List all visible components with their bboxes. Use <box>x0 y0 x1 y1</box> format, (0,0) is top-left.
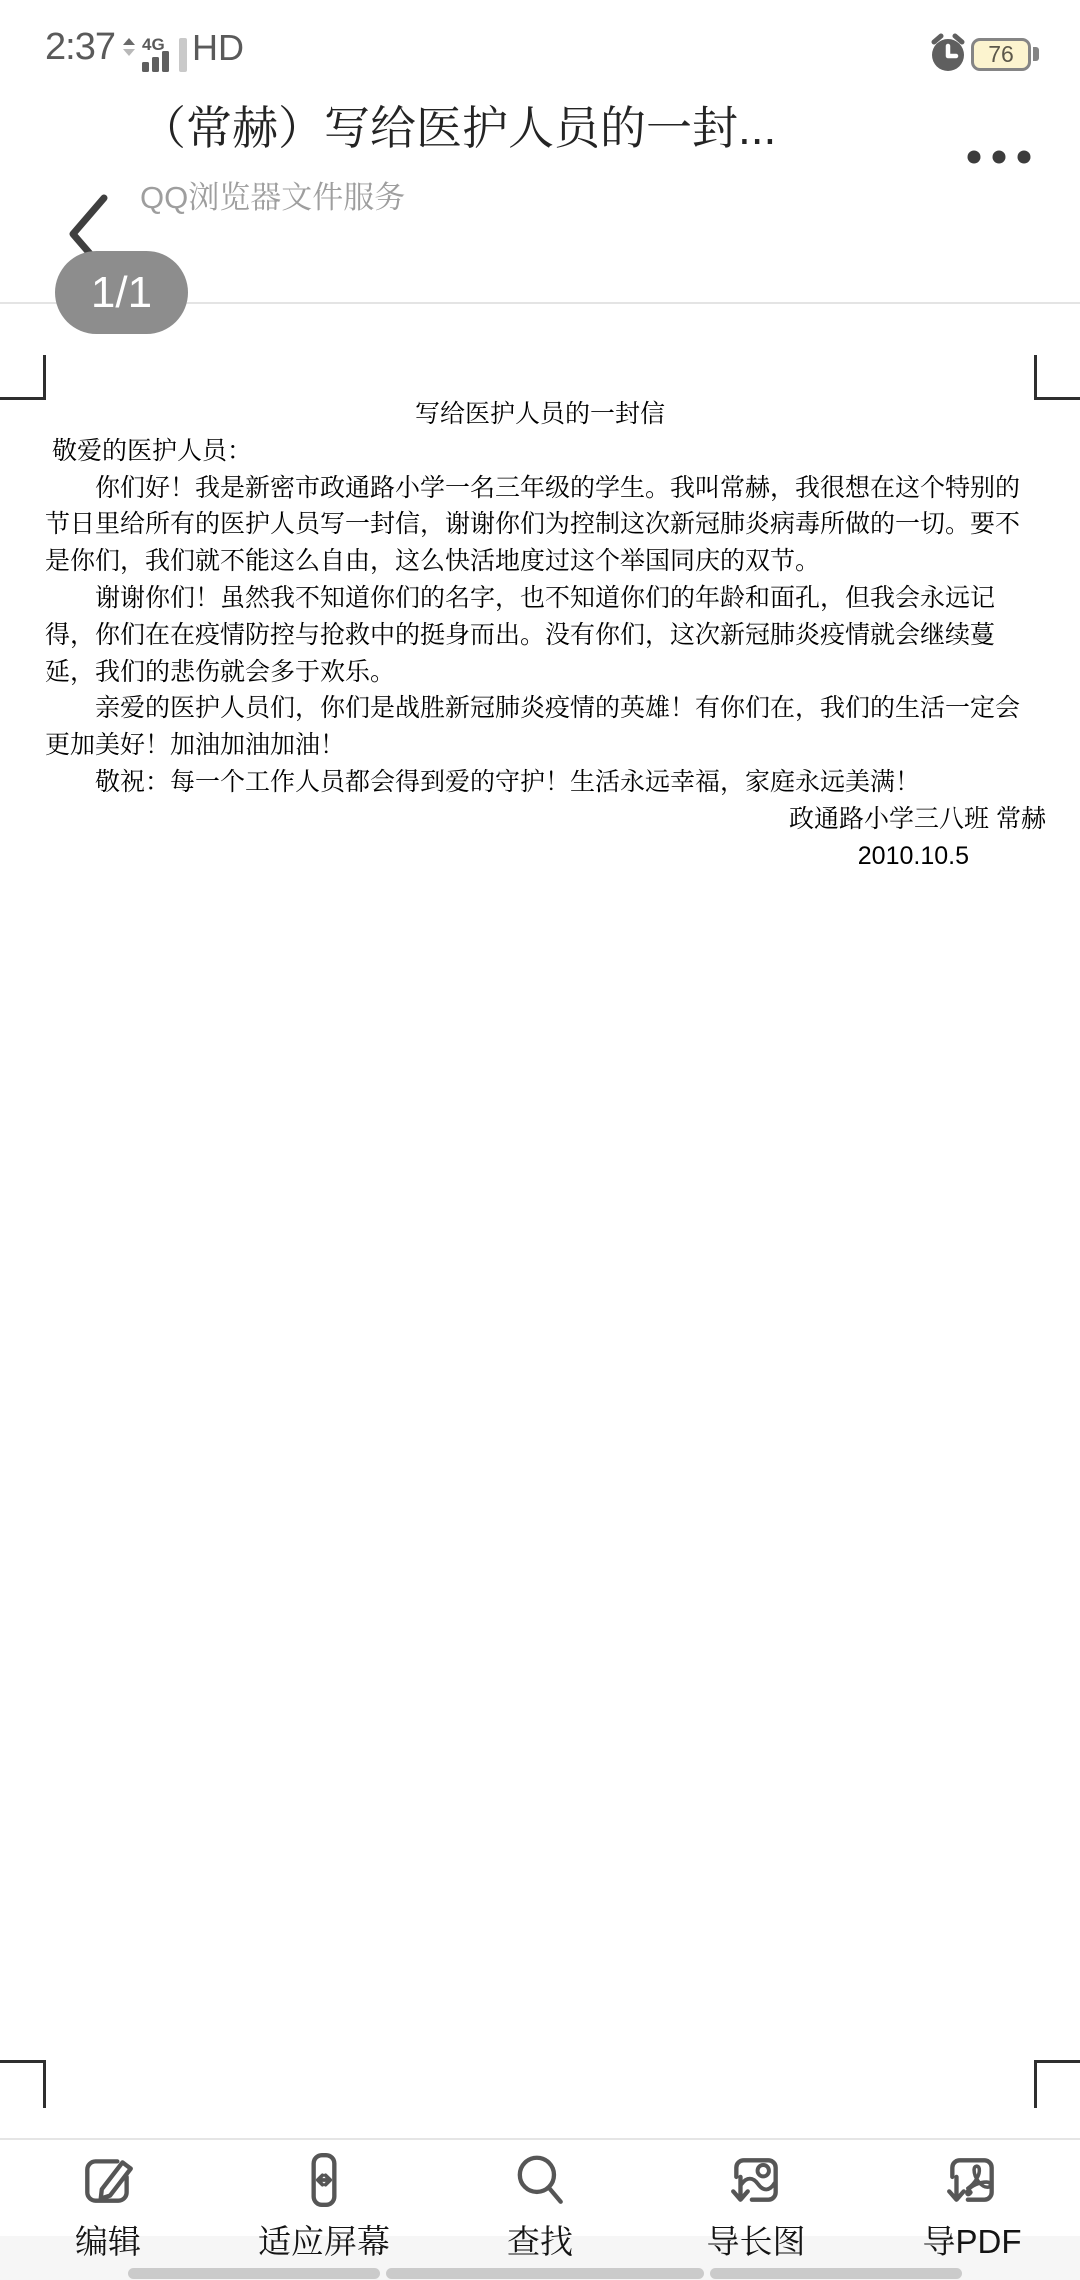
doc-line: 得，你们在在疫情防控与抢救中的挺身而出。没有你们，这次新冠肺炎疫情就会继续蔓 <box>0 617 1080 654</box>
doc-signature-line: 政通路小学三八班 常赫 <box>0 801 1080 838</box>
doc-date-line: 2010.10.5 <box>0 838 1080 875</box>
toolbar-item-export-pdf[interactable]: 导PDF <box>864 2140 1080 2280</box>
toolbar-label: 导长图 <box>707 2216 806 2263</box>
doc-line: 节日里给所有的医护人员写一封信，谢谢你们为控制这次新冠肺炎病毒所做的一切。要不 <box>0 506 1080 543</box>
doc-title-line: 写给医护人员的一封信 <box>0 396 1080 433</box>
crop-mark-bottom-right-h <box>1034 2060 1080 2063</box>
crop-mark-bottom-left <box>43 2060 46 2108</box>
more-menu-button[interactable] <box>960 142 1040 172</box>
crop-mark-bottom-right <box>1034 2060 1037 2108</box>
page-indicator-badge: 1/1 <box>55 251 188 334</box>
search-icon <box>510 2150 570 2210</box>
crop-mark-top-left <box>43 355 46 400</box>
toolbar-label: 查找 <box>507 2216 573 2263</box>
alarm-clock-icon <box>928 33 968 73</box>
doc-line: 是你们，我们就不能这么自由，这么快活地度过这个举国同庆的双节。 <box>0 543 1080 580</box>
export-pdf-icon <box>942 2150 1002 2210</box>
clock-time: 2:37 <box>45 26 115 69</box>
export-image-icon <box>726 2150 786 2210</box>
toolbar-label: 适应屏幕 <box>258 2216 390 2263</box>
gesture-bar-left[interactable] <box>128 2268 380 2279</box>
doc-line: 更加美好！加油加油加油！ <box>0 727 1080 764</box>
battery-nub <box>1033 47 1039 61</box>
page-indicator-label: 1/1 <box>91 268 152 318</box>
toolbar-item-find[interactable]: 查找 <box>432 2140 648 2280</box>
doc-line: 敬祝：每一个工作人员都会得到爱的守护！生活永远幸福，家庭永远美满！ <box>0 764 1080 801</box>
toolbar-label: 导PDF <box>923 2216 1022 2263</box>
doc-line: 延，我们的悲伤就会多于欢乐。 <box>0 654 1080 691</box>
hd-indicator: HD <box>192 27 244 69</box>
doc-line: 亲爱的医护人员们，你们是战胜新冠肺炎疫情的英雄！有你们在，我们的生活一定会 <box>0 690 1080 727</box>
doc-line: 谢谢你们！虽然我不知道你们的名字，也不知道你们的年龄和面孔，但我会永远记 <box>0 580 1080 617</box>
toolbar-item-fit-screen[interactable]: 适应屏幕 <box>216 2140 432 2280</box>
toolbar-label: 编辑 <box>75 2216 141 2263</box>
status-bar: 2:37 4G HD 76 <box>0 0 1080 80</box>
crop-mark-top-right <box>1034 355 1037 400</box>
gesture-bar-center[interactable] <box>386 2268 704 2279</box>
cellular-signal-icon: 4G <box>122 34 192 74</box>
doc-line: 敬爱的医护人员： <box>0 433 1080 470</box>
toolbar-item-export-long-image[interactable]: 导长图 <box>648 2140 864 2280</box>
page-title: （常赫）写给医护人员的一封... <box>140 92 930 158</box>
toolbar-item-edit[interactable]: 编辑 <box>0 2140 216 2280</box>
bottom-toolbar: 编辑 适应屏幕 查找 <box>0 2138 1080 2280</box>
header: （常赫）写给医护人员的一封... QQ浏览器文件服务 <box>0 80 1080 223</box>
crop-mark-bottom-left-h <box>0 2060 46 2063</box>
gesture-bar-right[interactable] <box>710 2268 962 2279</box>
doc-line: 你们好！我是新密市政通路小学一名三年级的学生。我叫常赫，我很想在这个特别的 <box>0 470 1080 507</box>
svg-text:4G: 4G <box>142 35 165 54</box>
document-page[interactable]: 写给医护人员的一封信 敬爱的医护人员： 你们好！我是新密市政通路小学一名三年级的… <box>0 396 1080 874</box>
fit-screen-icon <box>294 2150 354 2210</box>
battery-icon: 76 <box>971 38 1031 71</box>
edit-icon <box>78 2150 138 2210</box>
battery-percent: 76 <box>974 41 1028 68</box>
page-subtitle: QQ浏览器文件服务 <box>140 172 405 217</box>
phone-screen: 2:37 4G HD 76 <box>0 0 1080 2280</box>
